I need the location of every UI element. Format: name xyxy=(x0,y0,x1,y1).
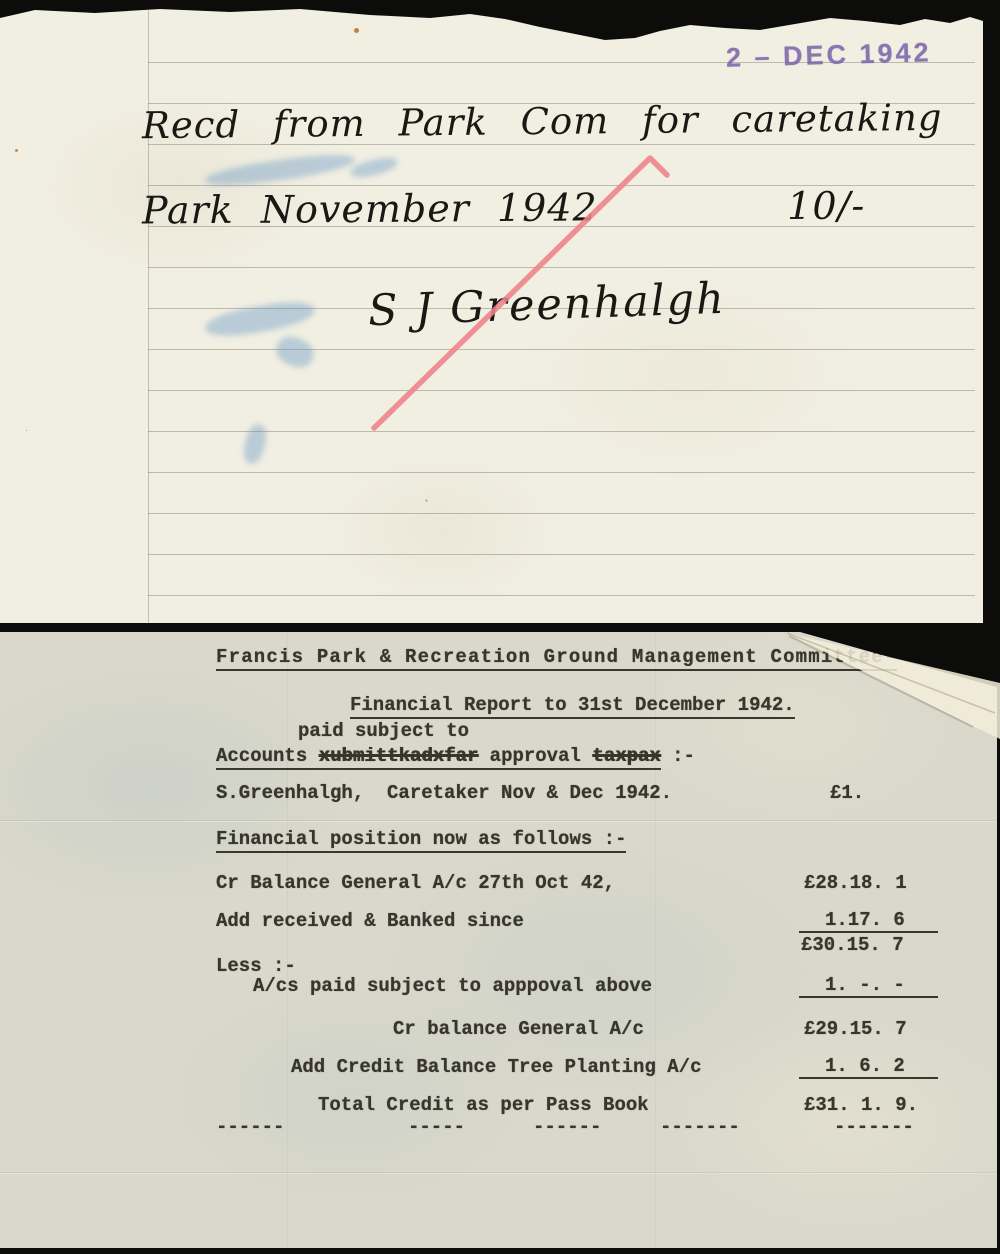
report-subtitle: Financial Report to 31st December 1942. xyxy=(350,694,795,716)
receipt-card: 2 – DEC 1942 Recd from Park Com for care… xyxy=(0,0,983,623)
paper-crease xyxy=(287,632,288,1248)
margin-line xyxy=(148,0,149,623)
report-line: Cr balance General A/c xyxy=(393,1018,644,1040)
date-stamp: 2 – DEC 1942 xyxy=(726,37,932,73)
report-line: Add Credit Balance Tree Planting A/c xyxy=(291,1056,701,1078)
paper-crease xyxy=(0,820,997,821)
section-heading: Financial position now as follows :- xyxy=(216,828,626,850)
handwritten-line-2: Park November 1942 10/- xyxy=(142,183,866,232)
report-line: Less :- xyxy=(216,955,296,977)
dash-group: ----- xyxy=(408,1116,465,1138)
amount: £28.18. 1 xyxy=(804,872,907,894)
report-line: Total Credit as per Pass Book xyxy=(318,1094,649,1116)
struck-word: taxpax xyxy=(592,745,660,767)
rust-specks xyxy=(354,28,359,33)
report-line: A/cs paid subject to apppoval above xyxy=(253,975,652,997)
amount-underlined: 1. -. - xyxy=(799,974,938,998)
dash-group: ------ xyxy=(216,1116,284,1138)
paper-crease xyxy=(655,632,656,1248)
amount: £30.15. 7 xyxy=(801,934,904,956)
amount-underlined: 1.17. 6 xyxy=(799,909,938,933)
amount: £29.15. 7 xyxy=(804,1018,907,1040)
amount: £1. xyxy=(830,782,864,804)
dash-group: ------- xyxy=(660,1116,740,1138)
report-title: Francis Park & Recreation Ground Managem… xyxy=(216,646,897,668)
dash-group: ------ xyxy=(533,1116,601,1138)
amount-underlined: 1. 6. 2 xyxy=(799,1055,938,1079)
insertion-text: paid subject to xyxy=(298,720,469,742)
report-line: S.Greenhalgh, Caretaker Nov & Dec 1942. xyxy=(216,782,672,804)
paper-crease xyxy=(0,1172,997,1173)
handwritten-line-1: Recd from Park Com for caretaking xyxy=(142,96,943,147)
report-line: Add received & Banked since xyxy=(216,910,524,932)
struck-word: xubmittkadxfar xyxy=(319,745,479,767)
amount: £31. 1. 9. xyxy=(804,1094,918,1116)
accounts-line: Accounts xubmittkadxfar approval taxpax … xyxy=(216,745,695,767)
financial-report: Francis Park & Recreation Ground Managem… xyxy=(0,632,997,1248)
report-line: Cr Balance General A/c 27th Oct 42, xyxy=(216,872,615,894)
dash-group: ------- xyxy=(834,1116,914,1138)
